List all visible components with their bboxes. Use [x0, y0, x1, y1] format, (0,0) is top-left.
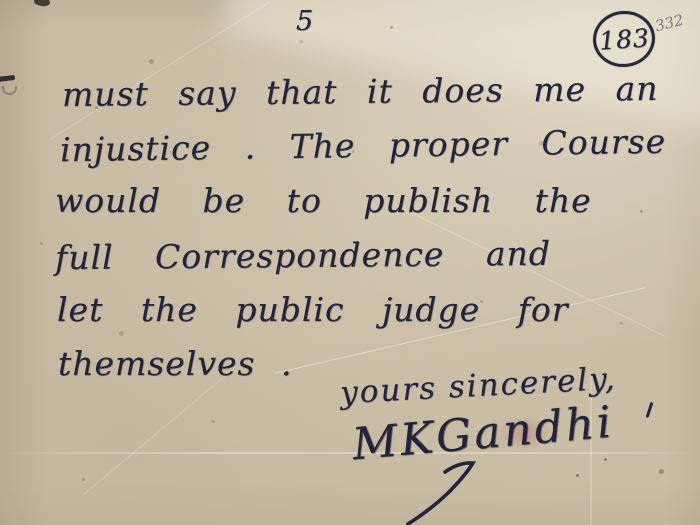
- margin-ink-mark: [0, 75, 15, 82]
- page-number: 5: [296, 6, 313, 37]
- handwritten-line: let the public judge for: [57, 290, 569, 329]
- signature-flourish: [393, 456, 513, 525]
- ink-blot: [33, 0, 50, 7]
- scratch-line: [49, 1, 270, 140]
- margin-ink-curl: [2, 86, 17, 95]
- crease-line: [0, 452, 700, 454]
- handwritten-line: would be to publish the: [55, 181, 592, 220]
- handwritten-line: injustice . The proper Course: [60, 122, 667, 169]
- signature-tick: [646, 402, 654, 418]
- handwritten-line: themselves .: [58, 344, 292, 383]
- scratch-line: [83, 366, 237, 495]
- paper-speckles: [0, 0, 3, 3]
- folio-stamp-number: 183: [598, 23, 651, 55]
- handwritten-line: full Correspondence and: [55, 234, 551, 277]
- manuscript-page: 5 183 332 must say that it does me an in…: [0, 0, 700, 525]
- handwritten-line: must say that it does me an: [62, 69, 659, 114]
